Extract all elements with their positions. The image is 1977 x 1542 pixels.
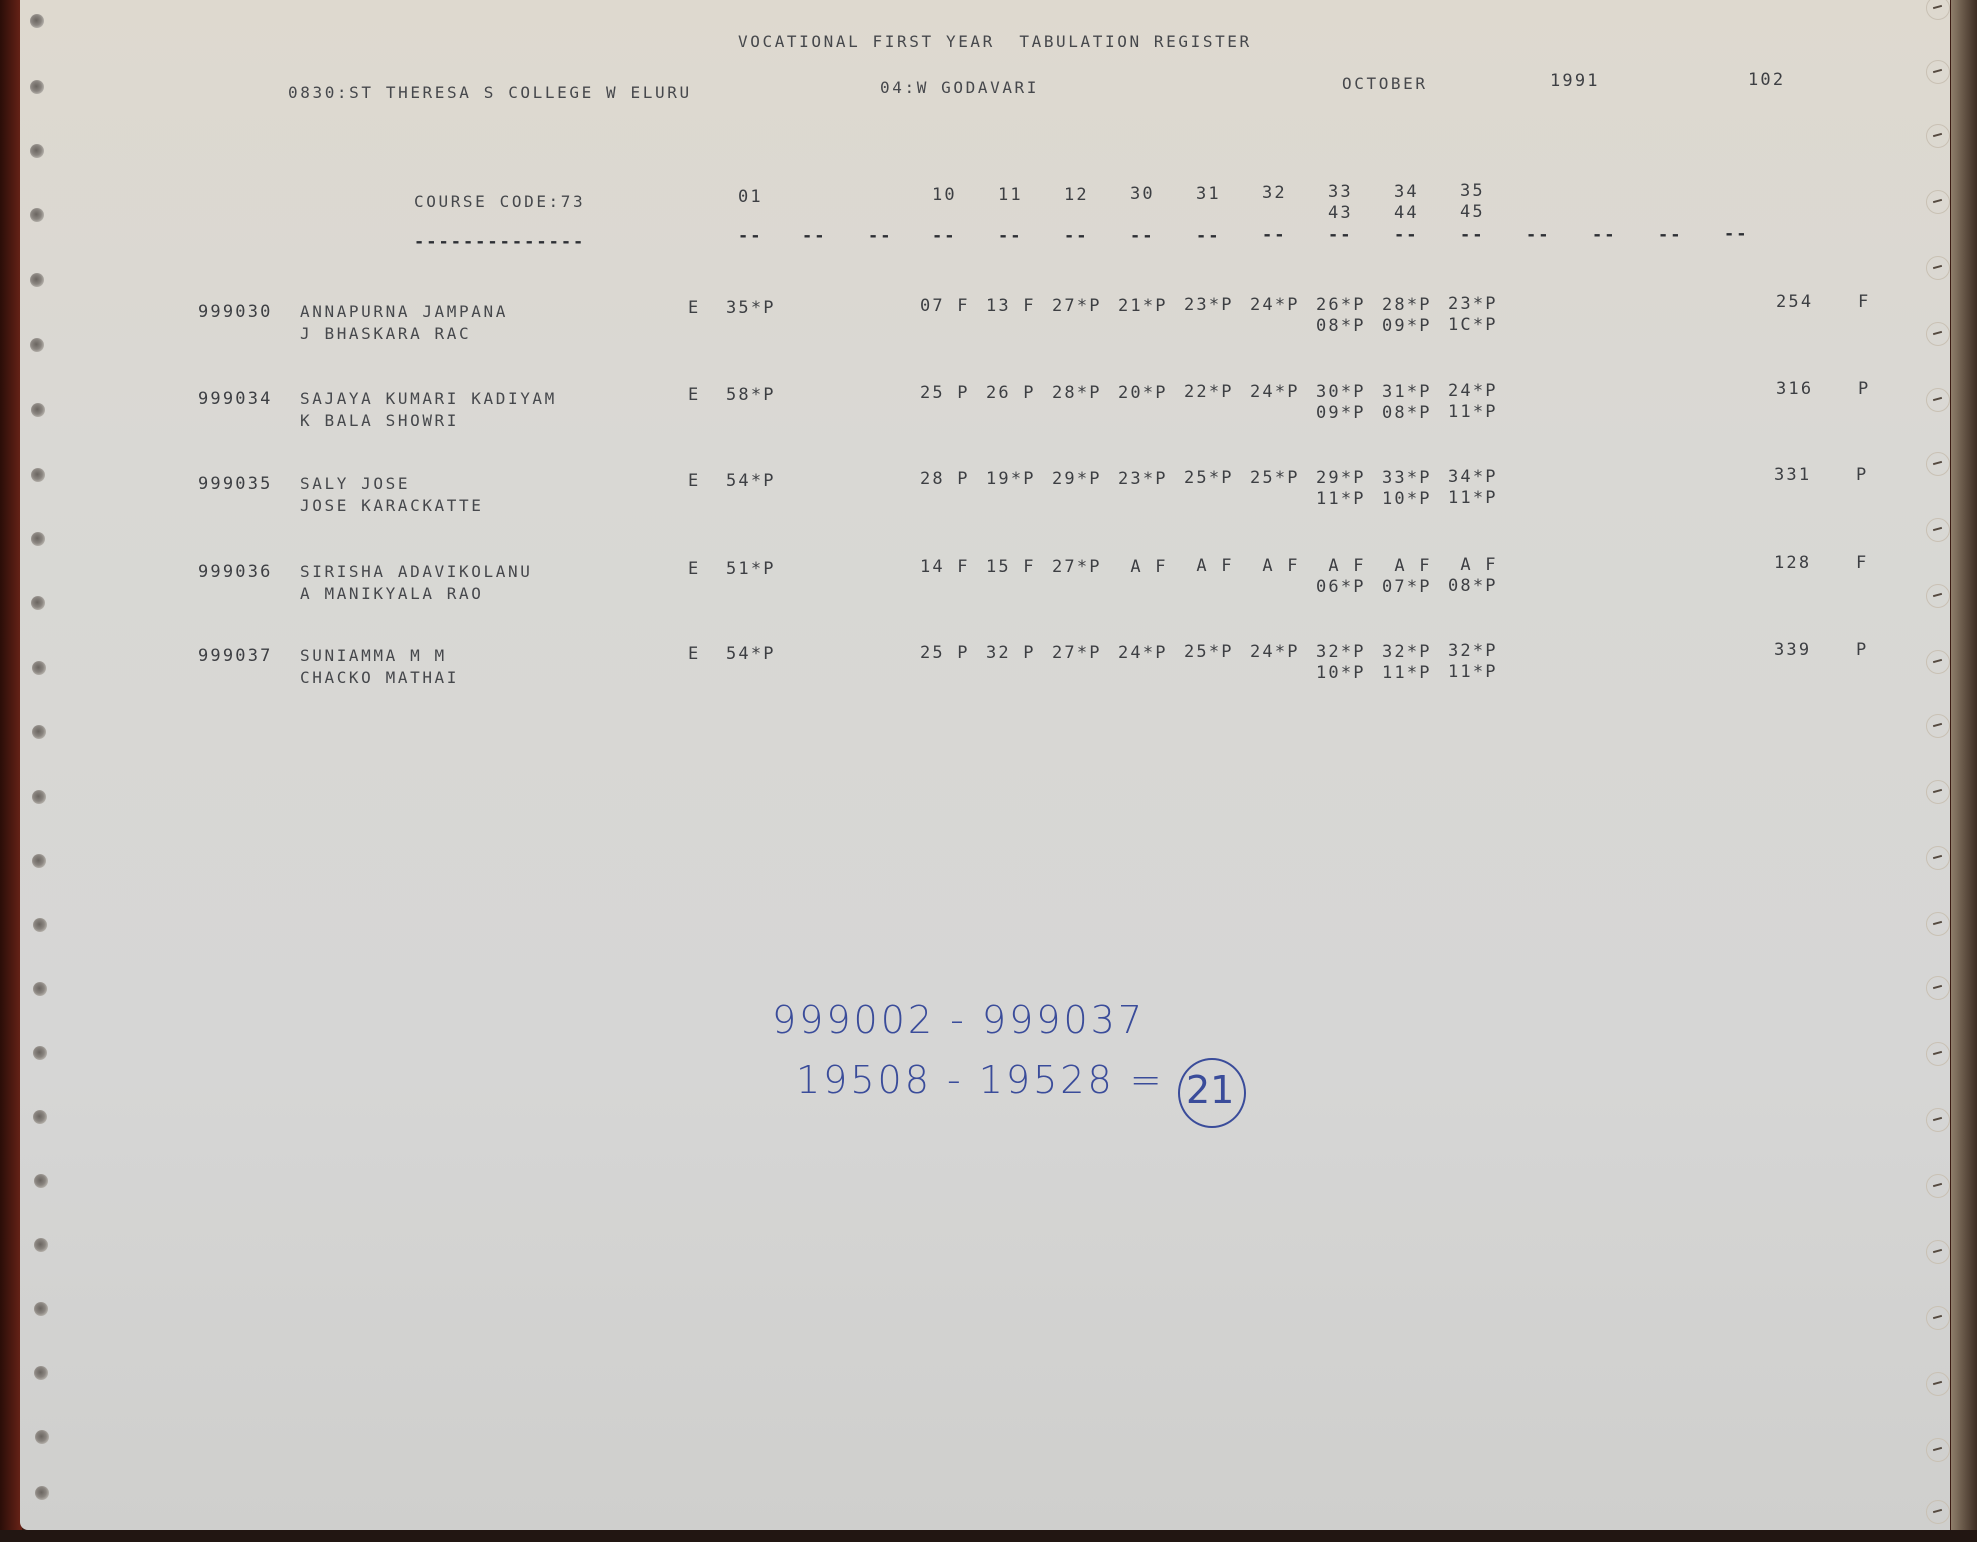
report-title: VOCATIONAL FIRST YEAR TABULATION REGISTE… xyxy=(738,32,1252,52)
course-code-underline: -------------- xyxy=(414,232,585,252)
handwritten-number-range: 19508 - 19528 = xyxy=(796,1058,1165,1102)
column-dash: -- xyxy=(1526,225,1550,245)
mark: 27*P xyxy=(1052,557,1102,577)
feed-hole-icon xyxy=(34,1238,48,1252)
total-marks: 316 xyxy=(1776,379,1813,399)
page-number: 102 xyxy=(1748,70,1785,90)
feed-hole-icon xyxy=(34,1366,48,1380)
mark: 28*P xyxy=(1382,295,1432,315)
exam-year: 1991 xyxy=(1550,71,1600,91)
mark: 11*P xyxy=(1448,402,1498,422)
student-name: SALY JOSE xyxy=(300,474,410,494)
mark: 25*P xyxy=(1250,468,1300,488)
mark: 25 P xyxy=(920,383,970,403)
guardian-name: K BALA SHOWRI xyxy=(300,411,459,431)
feed-hole-icon xyxy=(1926,1306,1950,1330)
feed-hole-icon xyxy=(31,468,45,482)
mark: A F xyxy=(1448,555,1498,575)
feed-hole-icon xyxy=(33,1046,47,1060)
roll-number: 999037 xyxy=(198,646,273,666)
subject-code: 45 xyxy=(1460,202,1485,222)
column-dash: -- xyxy=(1460,225,1484,245)
mark: 32*P xyxy=(1448,641,1498,661)
roll-number: 999034 xyxy=(198,389,273,409)
feed-hole-icon xyxy=(1926,1500,1950,1524)
subject-code: 12 xyxy=(1064,185,1089,205)
feed-hole-icon xyxy=(1926,322,1950,346)
column-dash: -- xyxy=(1592,225,1616,245)
guardian-name: JOSE KARACKATTE xyxy=(300,496,484,516)
mark: 22*P xyxy=(1184,382,1234,402)
mark-01: 35*P xyxy=(726,298,776,318)
subject-code: 34 xyxy=(1394,182,1419,202)
mark: 08*P xyxy=(1382,403,1432,423)
feed-hole-icon xyxy=(1926,1042,1950,1066)
mark: 28 P xyxy=(920,469,970,489)
mark: 25*P xyxy=(1184,468,1234,488)
column-dash: -- xyxy=(1658,225,1682,245)
feed-hole-icon xyxy=(30,144,44,158)
subject-code: 10 xyxy=(932,185,957,205)
feed-hole-icon xyxy=(32,790,46,804)
student-name: ANNAPURNA JAMPANA xyxy=(300,302,508,322)
mark: 23*P xyxy=(1184,295,1234,315)
mark: 23*P xyxy=(1118,469,1168,489)
mark: 11*P xyxy=(1448,488,1498,508)
feed-hole-icon xyxy=(31,532,45,546)
medium: E xyxy=(688,298,700,318)
result: F xyxy=(1856,553,1868,573)
feed-hole-icon xyxy=(1926,190,1950,214)
feed-hole-icon xyxy=(35,1486,49,1500)
mark: 33*P xyxy=(1382,468,1432,488)
feed-hole-icon xyxy=(1926,1174,1950,1198)
mark: A F xyxy=(1184,556,1234,576)
mark: 26 P xyxy=(986,383,1036,403)
mark: 23*P xyxy=(1448,294,1498,314)
mark: 20*P xyxy=(1118,383,1168,403)
mark: A F xyxy=(1118,557,1168,577)
feed-hole-icon xyxy=(30,208,44,222)
subject-code: 32 xyxy=(1262,183,1287,203)
mark: A F xyxy=(1382,556,1432,576)
subject-code: 11 xyxy=(998,185,1023,205)
mark: 29*P xyxy=(1316,468,1366,488)
feed-hole-icon xyxy=(32,661,46,675)
feed-hole-icon xyxy=(1926,1438,1950,1462)
mark: 11*P xyxy=(1448,662,1498,682)
total-marks: 128 xyxy=(1774,553,1811,573)
column-dash: -- xyxy=(1394,225,1418,245)
column-dash: -- xyxy=(1328,225,1352,245)
feed-hole-icon xyxy=(1926,60,1950,84)
roll-number: 999030 xyxy=(198,302,273,322)
subject-code: 33 xyxy=(1328,182,1353,202)
guardian-name: J BHASKARA RAC xyxy=(300,324,471,344)
table-surface-bottom xyxy=(0,1530,1977,1542)
feed-hole-icon xyxy=(1926,1240,1950,1264)
feed-hole-icon xyxy=(31,403,45,417)
table-surface-left xyxy=(0,0,22,1542)
subject-code: 44 xyxy=(1394,203,1419,223)
mark: 1C*P xyxy=(1448,315,1498,335)
roll-number: 999036 xyxy=(198,562,273,582)
column-dash: -- xyxy=(868,226,892,246)
mark: 09*P xyxy=(1382,316,1432,336)
mark: 08*P xyxy=(1316,316,1366,336)
medium: E xyxy=(688,385,700,405)
mark: 32*P xyxy=(1316,642,1366,662)
mark: A F xyxy=(1250,556,1300,576)
table-surface-right xyxy=(1951,0,1977,1542)
feed-hole-icon xyxy=(1926,714,1950,738)
feed-hole-icon xyxy=(1926,912,1950,936)
feed-hole-icon xyxy=(33,982,47,996)
mark: 24*P xyxy=(1448,381,1498,401)
total-marks: 339 xyxy=(1774,640,1811,660)
mark: 25 P xyxy=(920,643,970,663)
mark: 30*P xyxy=(1316,382,1366,402)
feed-hole-icon xyxy=(1926,388,1950,412)
feed-hole-icon xyxy=(1926,584,1950,608)
feed-hole-icon xyxy=(34,1174,48,1188)
student-name: SIRISHA ADAVIKOLANU xyxy=(300,562,532,582)
column-dash: -- xyxy=(738,226,762,246)
mark: 29*P xyxy=(1052,469,1102,489)
circled-count-value: 21 xyxy=(1186,1068,1234,1112)
mark-01: 54*P xyxy=(726,471,776,491)
mark-01: 58*P xyxy=(726,385,776,405)
mark: 27*P xyxy=(1052,643,1102,663)
district-name: 04:W GODAVARI xyxy=(880,78,1039,98)
mark: 08*P xyxy=(1448,576,1498,596)
feed-hole-icon xyxy=(1926,124,1950,148)
result: P xyxy=(1856,640,1868,660)
column-dash: -- xyxy=(1262,225,1286,245)
guardian-name: CHACKO MATHAI xyxy=(300,668,459,688)
tabulation-register-page: VOCATIONAL FIRST YEAR TABULATION REGISTE… xyxy=(20,0,1950,1530)
mark: 31*P xyxy=(1382,382,1432,402)
feed-hole-icon xyxy=(31,596,45,610)
feed-hole-icon xyxy=(30,273,44,287)
feed-hole-icon xyxy=(33,918,47,932)
medium: E xyxy=(688,559,700,579)
column-dash: -- xyxy=(1724,224,1748,244)
mark: 10*P xyxy=(1316,663,1366,683)
feed-hole-icon xyxy=(1926,976,1950,1000)
column-dash: -- xyxy=(1130,226,1154,246)
mark: 15 F xyxy=(986,557,1036,577)
mark-01: 51*P xyxy=(726,559,776,579)
feed-hole-icon xyxy=(1926,780,1950,804)
handwritten-roll-range: 999002 - 999037 xyxy=(772,998,1145,1042)
course-code: COURSE CODE:73 xyxy=(414,192,585,212)
feed-hole-icon xyxy=(30,80,44,94)
feed-hole-icon xyxy=(1926,0,1950,20)
circled-count: 21 xyxy=(1178,1058,1246,1128)
column-dash: -- xyxy=(1196,226,1220,246)
column-dash: -- xyxy=(1064,226,1088,246)
roll-number: 999035 xyxy=(198,474,273,494)
mark: 11*P xyxy=(1316,489,1366,509)
mark-01: 54*P xyxy=(726,644,776,664)
subject-code: 01 xyxy=(738,187,763,207)
mark: 24*P xyxy=(1250,642,1300,662)
feed-hole-icon xyxy=(1926,650,1950,674)
feed-hole-icon xyxy=(30,14,44,28)
guardian-name: A MANIKYALA RAO xyxy=(300,584,484,604)
mark: 24*P xyxy=(1118,643,1168,663)
feed-hole-icon xyxy=(1926,452,1950,476)
mark: 11*P xyxy=(1382,663,1432,683)
mark: A F xyxy=(1316,556,1366,576)
feed-hole-icon xyxy=(1926,518,1950,542)
feed-hole-icon xyxy=(1926,1108,1950,1132)
mark: 27*P xyxy=(1052,296,1102,316)
subject-code: 31 xyxy=(1196,184,1221,204)
student-name: SAJAYA KUMARI KADIYAM xyxy=(300,389,557,409)
subject-code: 43 xyxy=(1328,203,1353,223)
feed-hole-icon xyxy=(35,1430,49,1444)
mark: 13 F xyxy=(986,296,1036,316)
exam-month: OCTOBER xyxy=(1342,74,1428,94)
mark: 19*P xyxy=(986,469,1036,489)
medium: E xyxy=(688,644,700,664)
mark: 28*P xyxy=(1052,383,1102,403)
feed-hole-icon xyxy=(1926,846,1950,870)
mark: 25*P xyxy=(1184,642,1234,662)
mark: 06*P xyxy=(1316,577,1366,597)
feed-hole-icon xyxy=(1926,256,1950,280)
mark: 14 F xyxy=(920,557,970,577)
medium: E xyxy=(688,471,700,491)
column-dash: -- xyxy=(932,226,956,246)
mark: 24*P xyxy=(1250,295,1300,315)
mark: 24*P xyxy=(1250,382,1300,402)
feed-hole-icon xyxy=(32,854,46,868)
subject-code: 30 xyxy=(1130,184,1155,204)
feed-hole-icon xyxy=(30,338,44,352)
feed-hole-icon xyxy=(34,1302,48,1316)
total-marks: 254 xyxy=(1776,292,1813,312)
column-dash: -- xyxy=(998,226,1022,246)
result: F xyxy=(1858,292,1870,312)
result: P xyxy=(1856,465,1868,485)
mark: 21*P xyxy=(1118,296,1168,316)
total-marks: 331 xyxy=(1774,465,1811,485)
mark: 09*P xyxy=(1316,403,1366,423)
mark: 07 F xyxy=(920,296,970,316)
mark: 26*P xyxy=(1316,295,1366,315)
feed-hole-icon xyxy=(1926,1372,1950,1396)
mark: 07*P xyxy=(1382,577,1432,597)
column-dash: -- xyxy=(802,226,826,246)
feed-hole-icon xyxy=(32,725,46,739)
result: P xyxy=(1858,379,1870,399)
mark: 34*P xyxy=(1448,467,1498,487)
feed-hole-icon xyxy=(33,1110,47,1124)
mark: 32 P xyxy=(986,643,1036,663)
student-name: SUNIAMMA M M xyxy=(300,646,447,666)
subject-code: 35 xyxy=(1460,181,1485,201)
mark: 32*P xyxy=(1382,642,1432,662)
college-name: 0830:ST THERESA S COLLEGE W ELURU xyxy=(288,83,692,103)
mark: 10*P xyxy=(1382,489,1432,509)
